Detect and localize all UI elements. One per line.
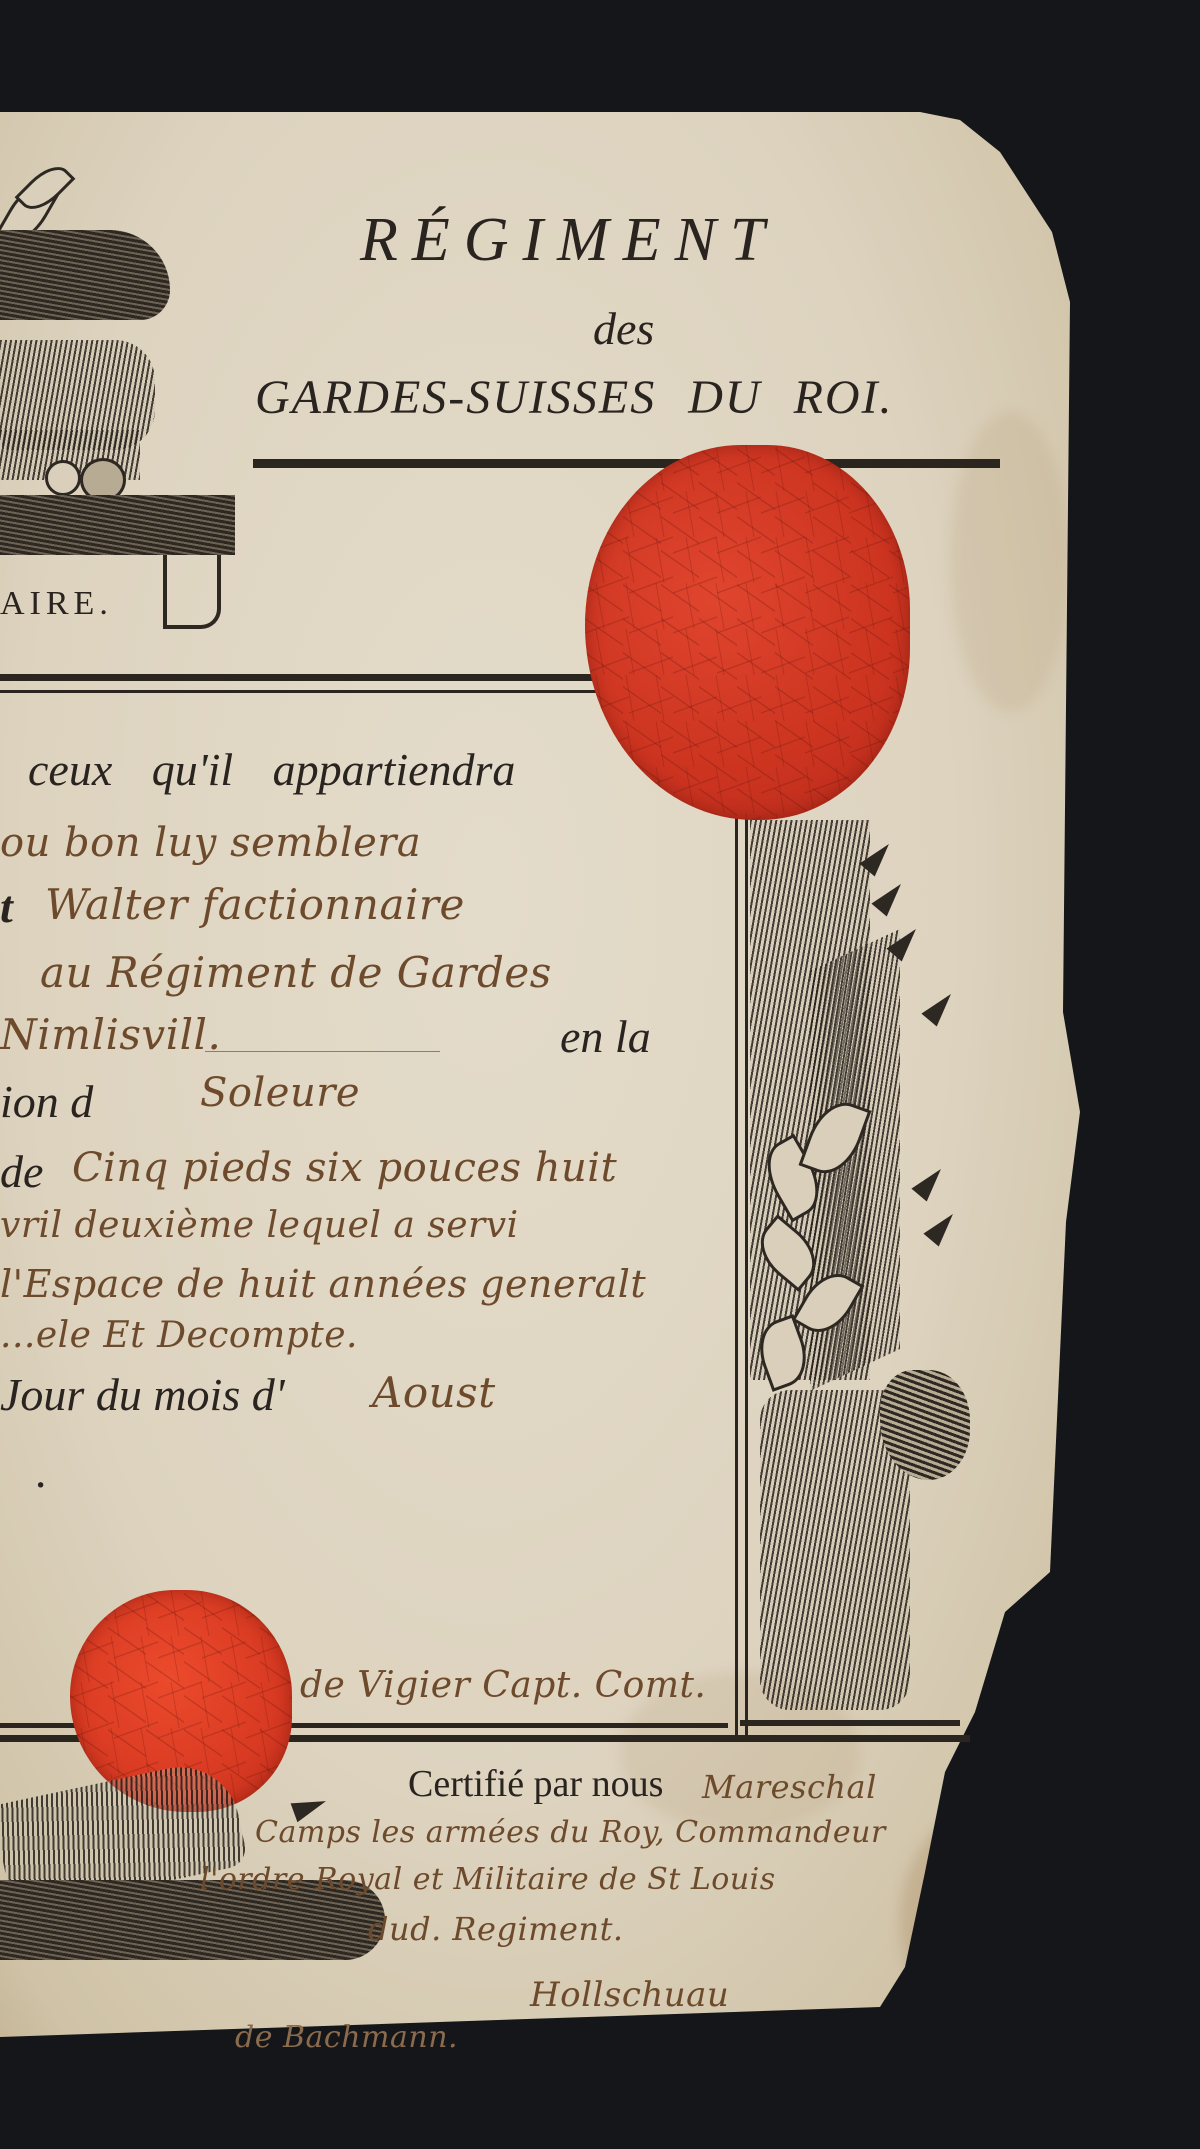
blank-underline	[205, 1051, 440, 1052]
header-rule	[253, 459, 1000, 468]
top-frame-rule	[0, 674, 600, 681]
printed-en-la: en la	[560, 1010, 651, 1063]
hand-line-servi: vril deuxième lequel a servi	[0, 1205, 519, 1246]
printed-ion-d: ion d	[0, 1075, 93, 1128]
cannon-vignette-icon	[0, 150, 240, 630]
hand-line-nimlisvill: Nimlisvill.	[0, 1010, 221, 1059]
certifier-signature: Hollschuau	[530, 1975, 729, 2015]
header-regiment: RÉGIMENT	[360, 205, 779, 276]
header-des: des	[593, 302, 654, 355]
vignette-caption: AIRE.	[0, 585, 113, 623]
countersignature: de Bachmann.	[235, 2020, 458, 2055]
printed-de: de	[0, 1145, 43, 1198]
hand-month: Aoust	[372, 1368, 496, 1417]
printed-jour-du-mois: Jour du mois d'	[0, 1368, 285, 1421]
hand-line-height: Cinq pieds six pouces huit	[72, 1145, 617, 1191]
hand-line-semblera: ou bon luy semblera	[0, 820, 421, 866]
printed-fragment-t: t	[0, 880, 13, 933]
top-frame-rule-thin	[0, 690, 600, 693]
hand-line-regiment: au Régiment de Gardes	[40, 948, 552, 997]
printed-period: .	[36, 1445, 48, 1498]
cert-hand-line-4: dud. Regiment.	[368, 1910, 624, 1948]
certification-label: Certifié par nous	[408, 1762, 663, 1806]
captain-signature: de Vigier Capt. Comt.	[300, 1665, 706, 1706]
header-gardes-suisses: GARDES-SUISSES DU ROI.	[255, 370, 894, 425]
flags-and-laurels-engraving-icon	[750, 800, 990, 1740]
printed-line-ceux: ceux qu'il appartiendra	[28, 743, 515, 796]
hand-line-walter: Walter factionnaire	[45, 880, 465, 929]
right-frame-line-2	[745, 805, 748, 1740]
hand-line-huit-annees: l'Espace de huit années generalt	[0, 1262, 646, 1306]
cert-hand-line-1: Mareschal	[702, 1768, 877, 1806]
hand-line-decompte: ...ele Et Decompte.	[0, 1315, 358, 1356]
cert-hand-line-2: Camps les armées du Roy, Commandeur	[255, 1815, 886, 1850]
cert-hand-line-3: l'ordre Royal et Militaire de St Louis	[200, 1862, 776, 1897]
hand-line-soleure: Soleure	[200, 1070, 360, 1116]
right-frame-line	[735, 805, 738, 1740]
